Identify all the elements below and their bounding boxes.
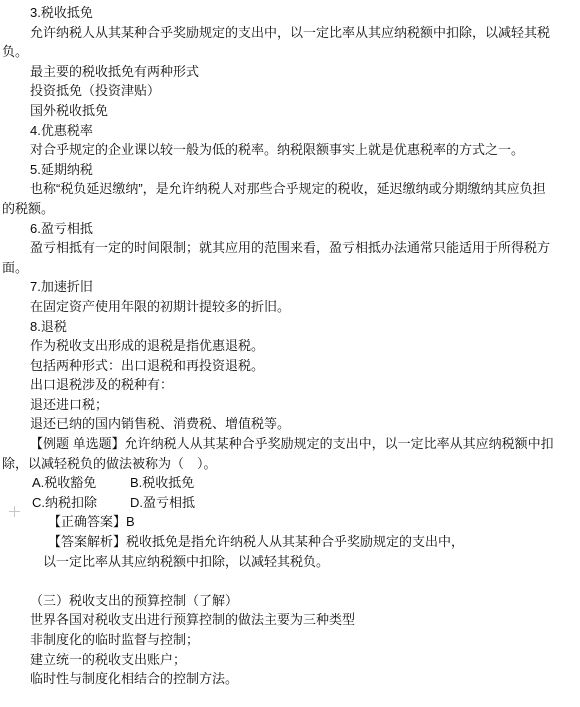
text-line: 以一定比率从其应纳税额中扣除，以减轻其税负。 bbox=[0, 552, 580, 572]
text-line: 6.盈亏相抵 bbox=[0, 219, 580, 239]
option-item: D.盈亏相抵 bbox=[130, 495, 195, 510]
text-line: 允许纳税人从其某种合乎奖励规定的支出中，以一定比率从其应纳税额中扣除，以减轻其税 bbox=[0, 23, 580, 43]
document-text-block: 3.税收抵免允许纳税人从其某种合乎奖励规定的支出中，以一定比率从其应纳税额中扣除… bbox=[0, 3, 580, 689]
text-line: 最主要的税收抵免有两种形式 bbox=[0, 62, 580, 82]
text-line: 盈亏相抵有一定的时间限制；就其应用的范围来看，盈亏相抵办法通常只能适用于所得税方 bbox=[0, 238, 580, 258]
text-line: 8.退税 bbox=[0, 317, 580, 337]
text-line: 3.税收抵免 bbox=[0, 3, 580, 23]
option-item: A.税收豁免 bbox=[32, 473, 130, 493]
text-line: 除，以减轻税负的做法被称为（ ）。 bbox=[0, 454, 580, 474]
text-line: 国外税收抵免 bbox=[0, 101, 580, 121]
text-line: 【正确答案】B bbox=[0, 512, 580, 532]
text-line: 对合乎规定的企业课以较一般为低的税率。纳税限额事实上就是优惠税率的方式之一。 bbox=[0, 140, 580, 160]
text-line: 非制度化的临时监督与控制； bbox=[0, 630, 580, 650]
text-line: 退还已纳的国内销售税、消费税、增值税等。 bbox=[0, 414, 580, 434]
text-line: 建立统一的税收支出账户； bbox=[0, 650, 580, 670]
option-item: B.税收抵免 bbox=[130, 475, 194, 490]
text-line: 世界各国对税收支出进行预算控制的做法主要为三种类型 bbox=[0, 610, 580, 630]
text-line: 投资抵免（投资津贴） bbox=[0, 81, 580, 101]
text-line: （三）税收支出的预算控制（了解） bbox=[0, 591, 580, 611]
text-line: 【答案解析】税收抵免是指允许纳税人从其某种合乎奖励规定的支出中， bbox=[0, 532, 580, 552]
option-row: C.纳税扣除D.盈亏相抵 bbox=[0, 493, 580, 513]
text-line: 退还进口税； bbox=[0, 395, 580, 415]
option-item: C.纳税扣除 bbox=[32, 493, 130, 513]
text-line: 7.加速折旧 bbox=[0, 277, 580, 297]
text-line: 作为税收支出形成的退税是指优惠退税。 bbox=[0, 336, 580, 356]
text-line: 4.优惠税率 bbox=[0, 121, 580, 141]
text-line: 5.延期纳税 bbox=[0, 160, 580, 180]
option-row: A.税收豁免B.税收抵免 bbox=[0, 473, 580, 493]
text-line: 面。 bbox=[0, 258, 580, 278]
blank-line bbox=[0, 571, 580, 591]
move-cursor-icon bbox=[9, 506, 20, 517]
text-line: 在固定资产使用年限的初期计提较多的折旧。 bbox=[0, 297, 580, 317]
text-line: 【例题 单选题】允许纳税人从其某种合乎奖励规定的支出中，以一定比率从其应纳税额中… bbox=[0, 434, 580, 454]
text-line: 也称“税负延迟缴纳”，是允许纳税人对那些合乎规定的税收，延迟缴纳或分期缴纳其应负… bbox=[0, 179, 580, 199]
document-page: 3.税收抵免允许纳税人从其某种合乎奖励规定的支出中，以一定比率从其应纳税额中扣除… bbox=[0, 0, 580, 707]
text-line: 的税额。 bbox=[0, 199, 580, 219]
text-line: 包括两种形式：出口退税和再投资退税。 bbox=[0, 356, 580, 376]
text-line: 负。 bbox=[0, 42, 580, 62]
text-line: 出口退税涉及的税种有： bbox=[0, 375, 580, 395]
move-cursor-vertical-bar bbox=[14, 506, 15, 517]
text-line: 临时性与制度化相结合的控制方法。 bbox=[0, 669, 580, 689]
